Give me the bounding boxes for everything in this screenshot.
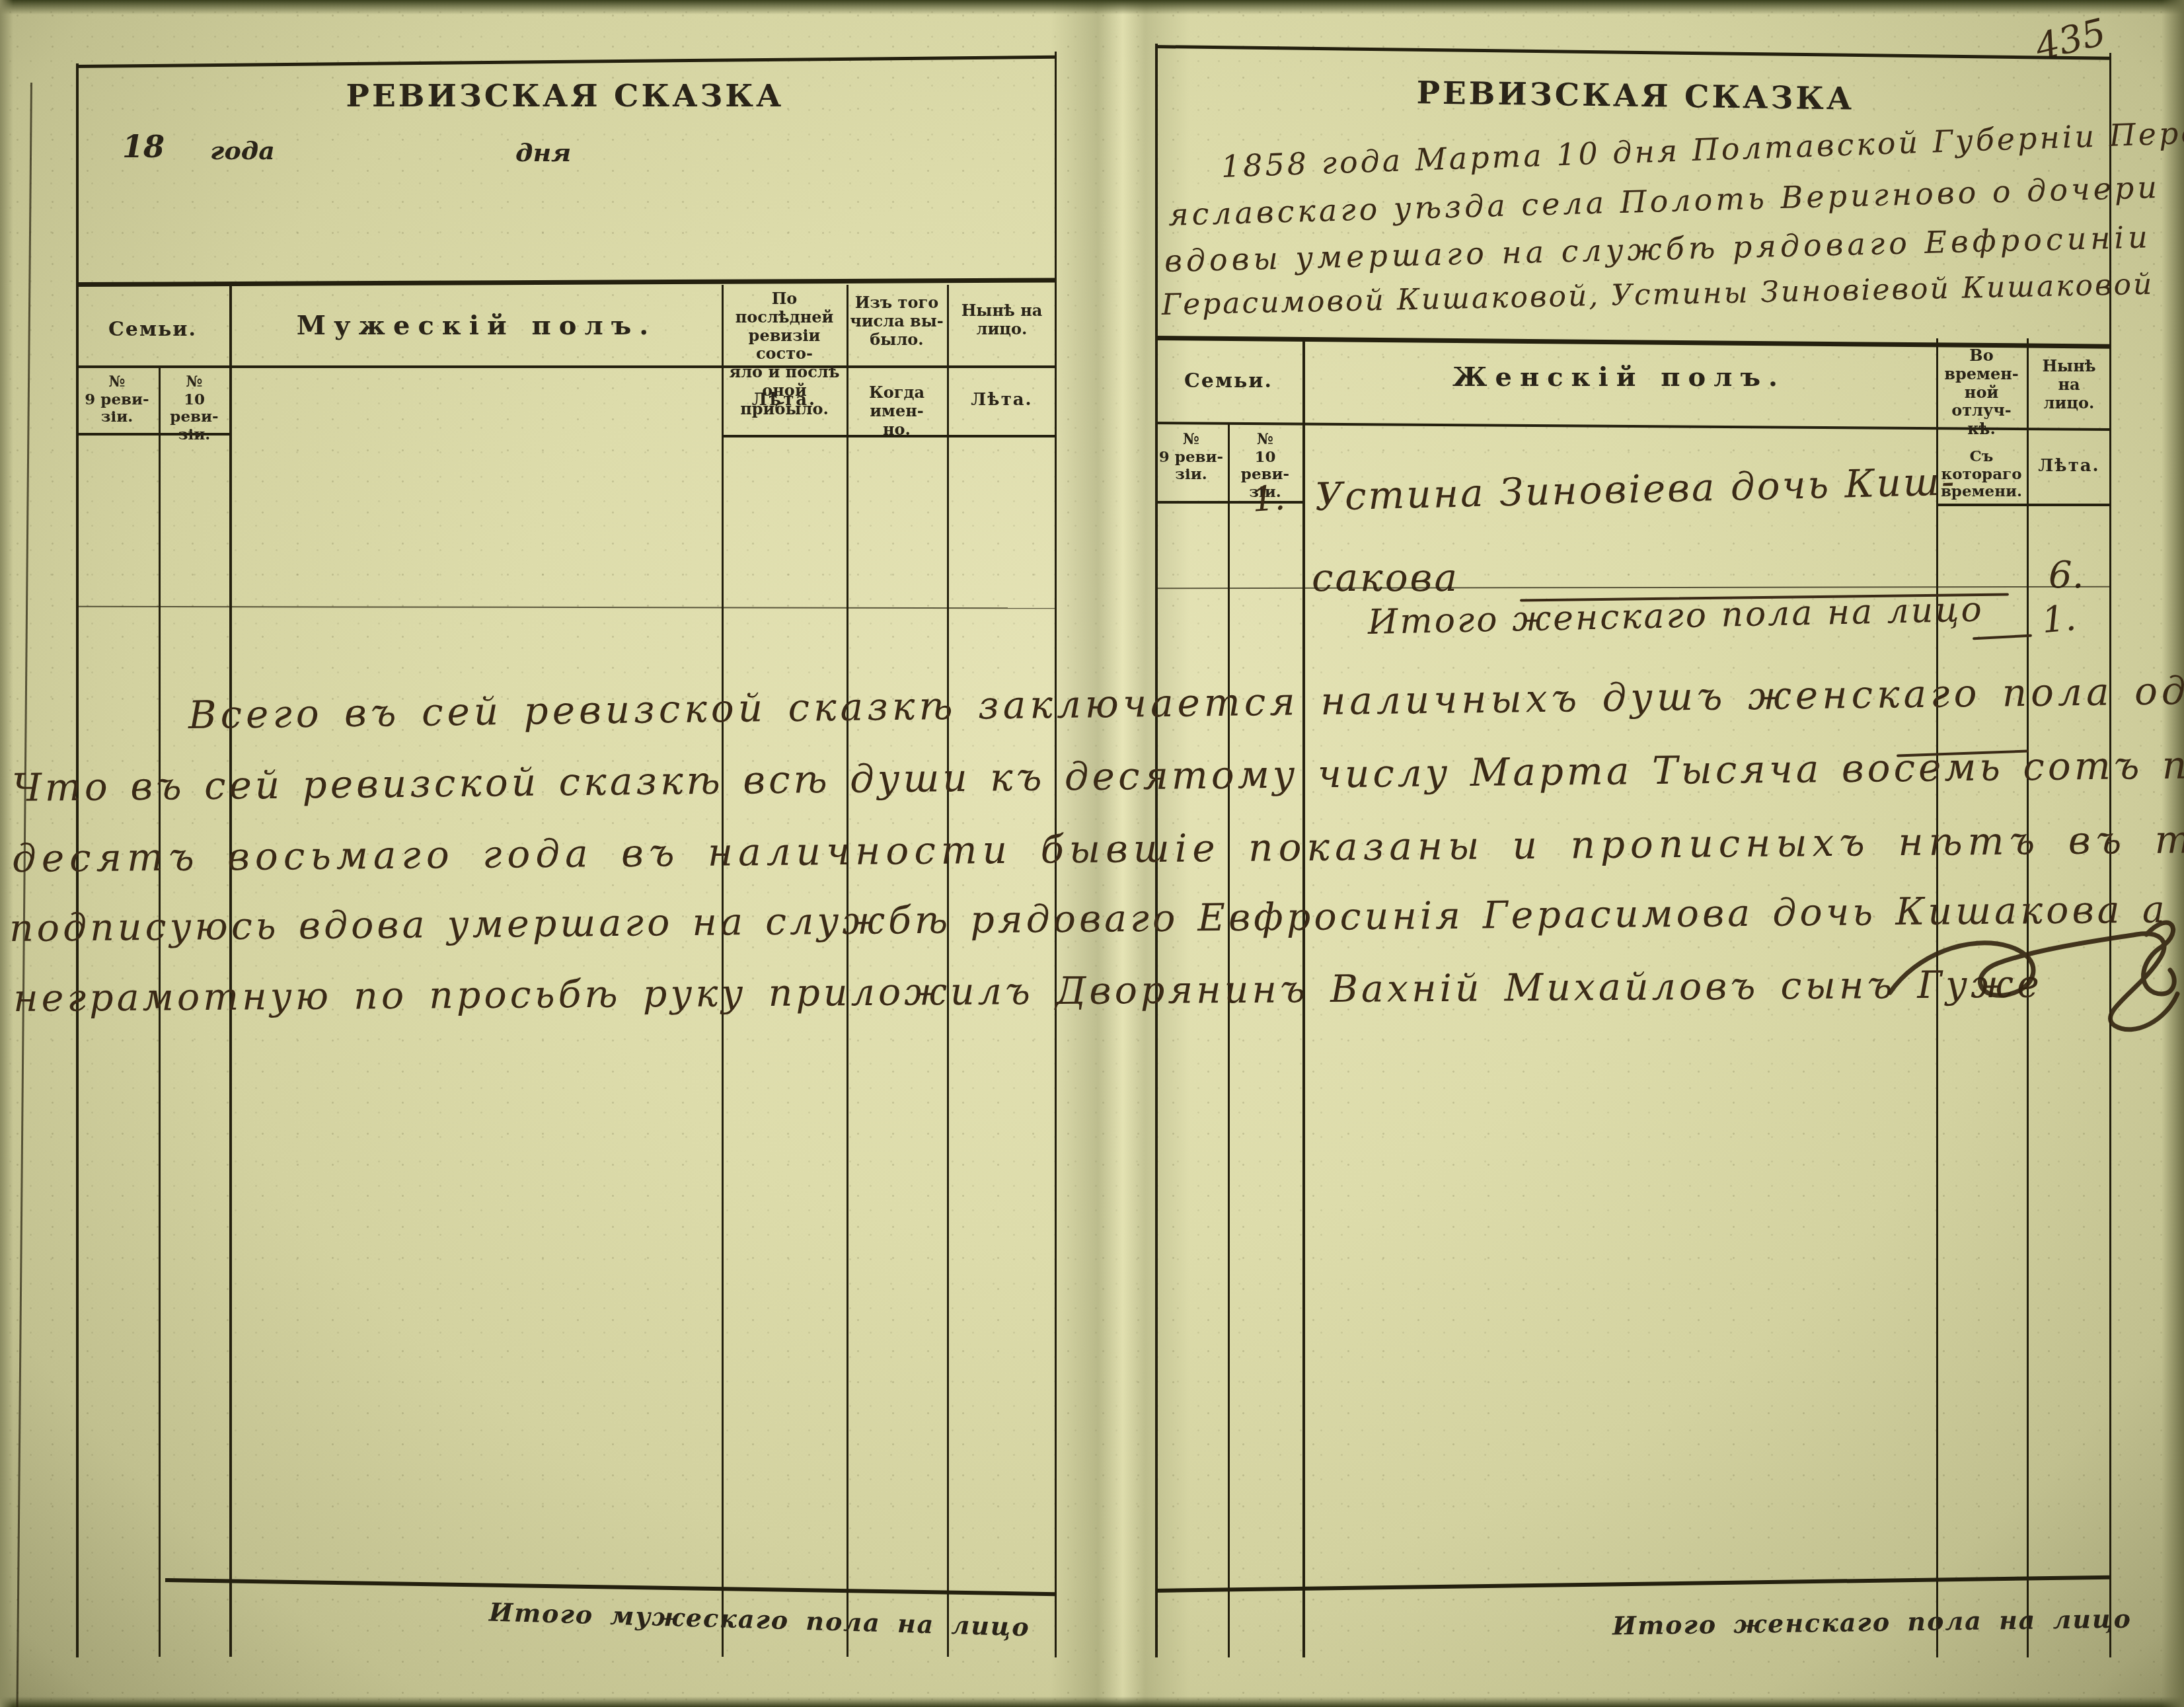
left-header-family: Семьи. <box>76 319 229 342</box>
left-header-top-rule <box>76 278 1056 287</box>
right-top-border <box>1155 45 2111 60</box>
left-subheader-when: Когда имен- но. <box>848 383 946 438</box>
entry-number: 1. <box>1251 478 1287 519</box>
left-subheader-years-a: Лѣта. <box>723 390 846 410</box>
right-row-divider <box>1155 586 2111 589</box>
left-year-word: года <box>210 135 275 165</box>
right-header-absence: Во времен- ной отлуч- кѣ. <box>1938 346 2025 438</box>
right-subheader-rev9: № 9 реви- зіи. <box>1155 431 1227 484</box>
female-total-dash <box>1973 634 2032 640</box>
paper-edge-top <box>0 0 2184 15</box>
left-col-lastrev-left <box>722 285 724 1657</box>
left-col-family-right <box>229 285 232 1657</box>
entry-name-line-2: сакова <box>1312 555 1459 600</box>
attestation-line-3: десятъ восьмаго года въ наличности бывші… <box>12 816 2184 881</box>
left-header-departed: Изъ того числа вы- было. <box>848 293 946 348</box>
left-bottom-rule <box>165 1578 1056 1596</box>
left-year-prefix: 18 <box>122 129 165 165</box>
left-row-divider <box>76 606 1056 609</box>
left-subheader-rev9: № 9 реви- зіи. <box>76 373 158 426</box>
left-subheader-years-b: Лѣта. <box>949 390 1055 410</box>
female-total-label: Итого женскаго пола на лицо <box>1367 589 1984 642</box>
right-footer-label: Итого женскаго пола на лицо <box>1612 1604 2132 1641</box>
attestation-line-2: Что въ сей ревизской сказкѣ всѣ души къ … <box>12 741 2184 810</box>
right-col-rev-divider <box>1228 424 1230 1657</box>
entry-name-line-1: Устина Зиновіева дочь Киш- <box>1314 459 1957 519</box>
right-header-family: Семьи. <box>1155 370 1302 393</box>
right-header-gender: Женскій полъ. <box>1305 362 1933 393</box>
female-total-value: 1. <box>2040 597 2078 641</box>
left-title: РЕВИЗСКАЯ СКАЗКА <box>264 78 866 114</box>
attestation-line-1: Всего въ сей ревизской сказкѣ заключаетс… <box>188 667 2184 738</box>
left-header-mid-rule <box>76 365 1056 368</box>
left-header-gender: Мужескій полъ. <box>232 311 721 341</box>
folio-number: 435 <box>2031 11 2110 69</box>
right-subheader-rule-b <box>1936 504 2111 506</box>
left-margin-rule <box>17 83 32 1707</box>
attestation-line-5: неграмотную по просьбѣ руку приложилъ Дв… <box>13 963 2043 1020</box>
left-top-border <box>76 56 1056 68</box>
left-header-present: Нынѣ на лицо. <box>949 301 1055 338</box>
revision-list-scan: 435 РЕВИЗСКАЯ СКАЗКА 18 года дня Семьи. … <box>0 0 2184 1707</box>
left-subheader-rev10: № 10 реви- зіи. <box>160 373 229 444</box>
right-title: РЕВИЗСКАЯ СКАЗКА <box>1335 74 1937 119</box>
signature-flourish <box>1877 893 2184 1045</box>
right-subheader-years: Лѣта. <box>2029 456 2109 476</box>
left-day-word: дня <box>515 137 571 167</box>
right-bottom-rule <box>1155 1575 2111 1593</box>
entry-age: 6. <box>2049 554 2084 597</box>
paper-edge-bottom <box>0 1696 2184 1707</box>
attestation-line-4: подписуюсь вдова умершаго на службѣ рядо… <box>9 887 2184 950</box>
right-header-present: Нынѣ на лицо. <box>2029 357 2109 412</box>
right-preamble-line-4: Герасимовой Кишаковой, Устины Зиновіевой… <box>1161 268 2154 322</box>
left-footer-label: Итого мужескаго пола на лицо <box>489 1597 1031 1642</box>
